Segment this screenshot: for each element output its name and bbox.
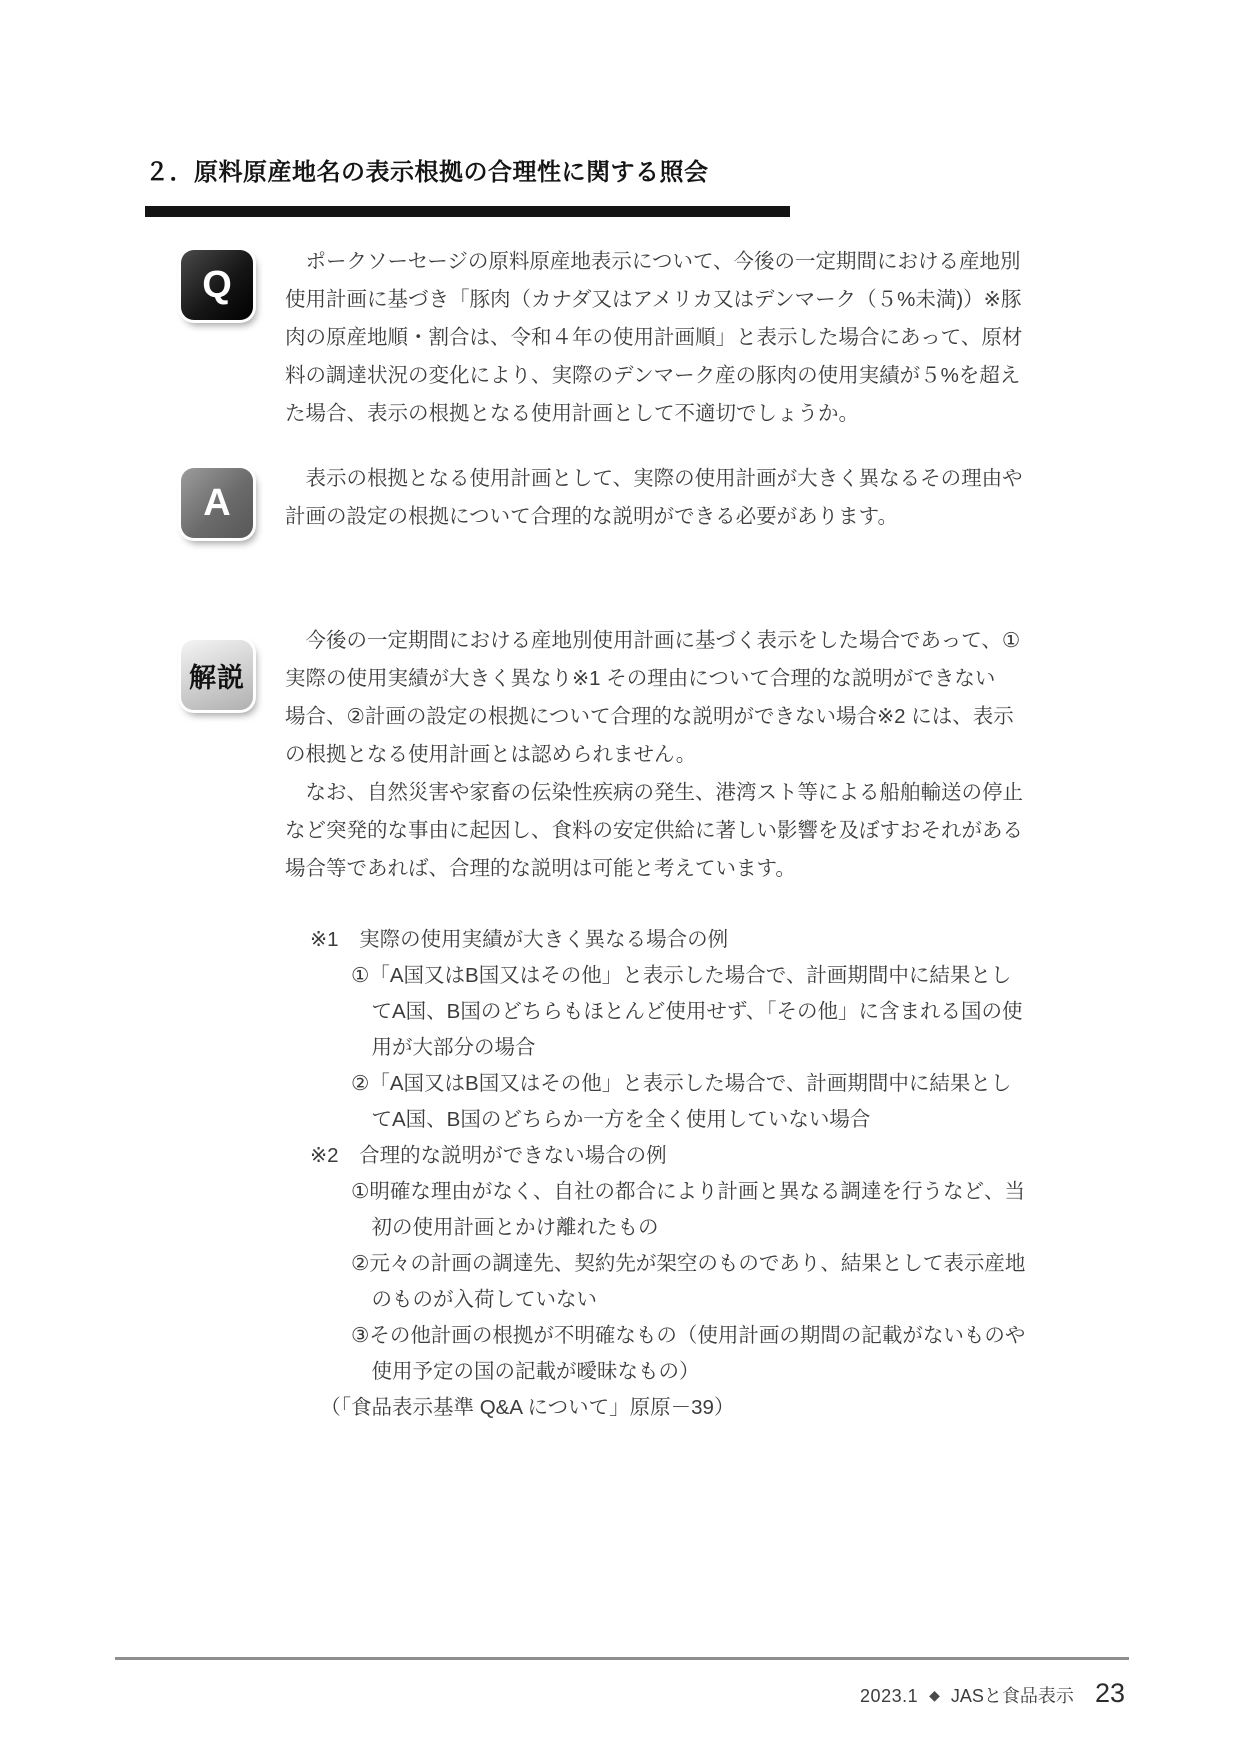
text-line: ①明確な理由がなく、自社の都合により計画と異なる調達を行うなど、当 bbox=[310, 1174, 1040, 1210]
footer-rule bbox=[115, 1657, 1129, 1660]
text-line: ①「A国又はB国又はその他」と表示した場合で、計画期間中に結果とし bbox=[310, 958, 1040, 994]
question-icon-label: Q bbox=[202, 264, 232, 307]
document-page: ２．原料原産地名の表示根拠の合理性に関する照会 Q ポークソーセージの原料原産地… bbox=[0, 0, 1241, 1754]
text-line: た場合、表示の根拠となる使用計画として不適切でしょうか。 bbox=[285, 395, 1030, 433]
answer-icon-label: A bbox=[203, 482, 230, 525]
text-line: 表示の根拠となる使用計画として、実際の使用計画が大きく異なるその理由や bbox=[285, 460, 1030, 498]
text-line: 料の調達状況の変化により、実際のデンマーク産の豚肉の使用実績が５%を超え bbox=[285, 357, 1030, 395]
commentary-text: 今後の一定期間における産地別使用計画に基づく表示をした場合であって、①実際の使用… bbox=[285, 622, 1030, 888]
text-line: 実際の使用実績が大きく異なり※1 その理由について合理的な説明ができない bbox=[285, 660, 1030, 698]
commentary-icon-label: 解説 bbox=[189, 656, 245, 695]
text-line: 用が大部分の場合 bbox=[310, 1030, 1040, 1066]
text-line: 場合、②計画の設定の根拠について合理的な説明ができない場合※2 には、表示 bbox=[285, 698, 1030, 736]
text-line: ※2 合理的な説明ができない場合の例 bbox=[310, 1138, 1040, 1174]
text-line: 肉の原産地順・割合は、令和４年の使用計画順」と表示した場合にあって、原材 bbox=[285, 319, 1030, 357]
text-line: のものが入荷していない bbox=[310, 1282, 1040, 1318]
question-text: ポークソーセージの原料原産地表示について、今後の一定期間における産地別使用計画に… bbox=[285, 243, 1030, 433]
page-footer: 2023.1 ◆ JASと食品表示 23 bbox=[860, 1678, 1125, 1709]
text-line: 使用計画に基づき「豚肉（カナダ又はアメリカ又はデンマーク（５%未満)）※豚 bbox=[285, 281, 1030, 319]
text-line: てA国、B国のどちらもほとんど使用せず、「その他」に含まれる国の使 bbox=[310, 994, 1040, 1030]
text-line: 今後の一定期間における産地別使用計画に基づく表示をした場合であって、① bbox=[285, 622, 1030, 660]
text-line: ②「A国又はB国又はその他」と表示した場合で、計画期間中に結果とし bbox=[310, 1066, 1040, 1102]
text-line: ※1 実際の使用実績が大きく異なる場合の例 bbox=[310, 922, 1040, 958]
text-line: ②元々の計画の調達先、契約先が架空のものであり、結果として表示産地 bbox=[310, 1246, 1040, 1282]
text-line: てA国、B国のどちらか一方を全く使用していない場合 bbox=[310, 1102, 1040, 1138]
text-line: なお、自然災害や家畜の伝染性疾病の発生、港湾スト等による船舶輸送の停止 bbox=[285, 774, 1030, 812]
diamond-icon: ◆ bbox=[929, 1687, 940, 1703]
text-line: 場合等であれば、合理的な説明は可能と考えています。 bbox=[285, 850, 1030, 888]
text-line: 計画の設定の根拠について合理的な説明ができる必要があります。 bbox=[285, 498, 1030, 536]
text-line: ポークソーセージの原料原産地表示について、今後の一定期間における産地別 bbox=[285, 243, 1030, 281]
page-number: 23 bbox=[1095, 1678, 1125, 1708]
question-icon: Q bbox=[181, 250, 253, 320]
section-heading: ２．原料原産地名の表示根拠の合理性に関する照会 bbox=[145, 152, 709, 187]
commentary-icon: 解説 bbox=[181, 640, 253, 710]
answer-icon: A bbox=[181, 468, 253, 538]
heading-underline bbox=[145, 206, 790, 217]
text-line: 初の使用計画とかけ離れたもの bbox=[310, 1210, 1040, 1246]
answer-text: 表示の根拠となる使用計画として、実際の使用計画が大きく異なるその理由や計画の設定… bbox=[285, 460, 1030, 536]
footer-issue: 2023.1 bbox=[860, 1686, 918, 1706]
text-line: 使用予定の国の記載が曖昧なもの） bbox=[310, 1354, 1040, 1390]
footnotes: ※1 実際の使用実績が大きく異なる場合の例 ①「A国又はB国又はその他」と表示し… bbox=[310, 922, 1040, 1426]
text-line: （「食品表示基準 Q&A について」原原－39） bbox=[310, 1390, 1040, 1426]
text-line: の根拠となる使用計画とは認められません。 bbox=[285, 736, 1030, 774]
text-line: など突発的な事由に起因し、食料の安定供給に著しい影響を及ぼすおそれがある bbox=[285, 812, 1030, 850]
footer-publication: JASと食品表示 bbox=[951, 1686, 1074, 1706]
text-line: ③その他計画の根拠が不明確なもの（使用計画の期間の記載がないものや bbox=[310, 1318, 1040, 1354]
